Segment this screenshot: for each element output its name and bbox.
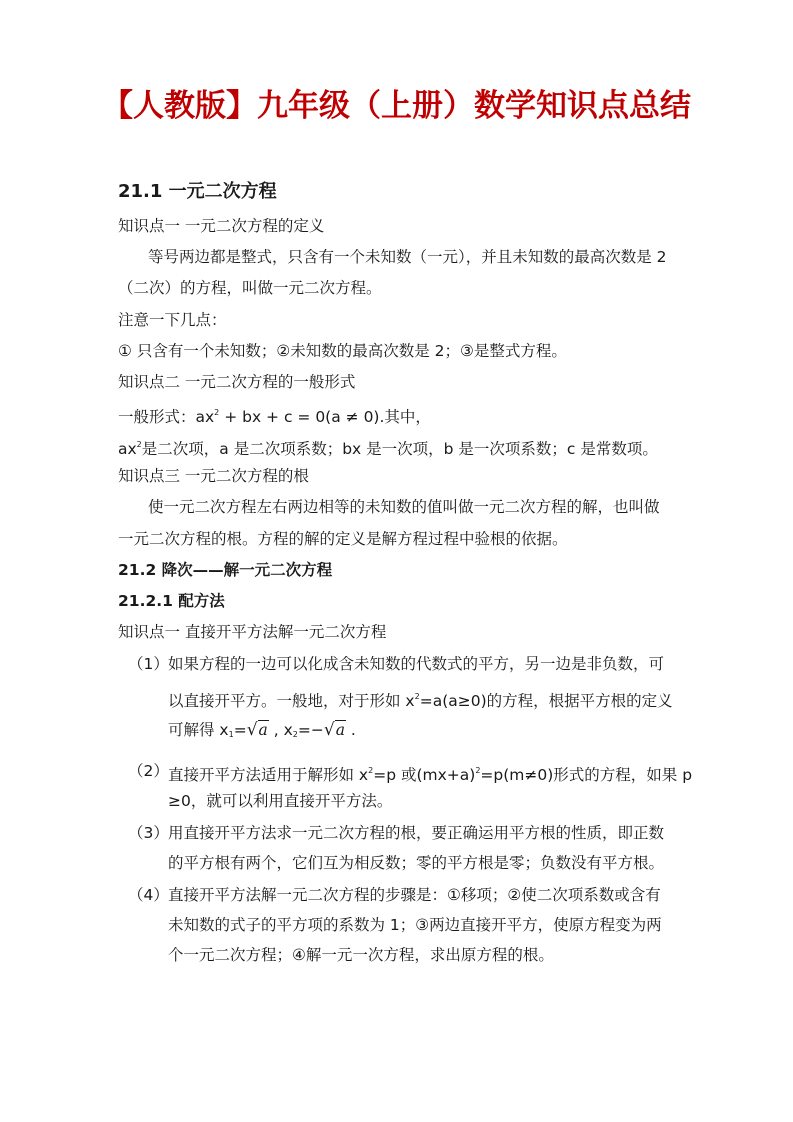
text: = [234,721,247,739]
item-number-1: （1） [128,653,169,675]
item-2-line-2: ≥0，就可以利用直接开平方法。 [168,790,392,812]
item-number-4: （4） [128,884,169,906]
radicand: a [335,720,346,739]
general-form-rest: + bx + c = 0(a ≠ 0).其中， [219,408,431,426]
root-definition-line-1: 使一元二次方程左右两边相等的未知数的值叫做一元二次方程的解，也叫做 [148,496,660,518]
item-4-line-3: 个一元二次方程；④解一元一次方程，求出原方程的根。 [168,944,554,966]
item-4-line-2: 未知数的式子的平方项的系数为 1；③两边直接开平方，使原方程变为两 [168,914,662,936]
text: . [346,721,356,739]
sqrt-a: √a [324,721,346,739]
direct-sqrt-title: 知识点一 直接开平方法解一元二次方程 [118,621,386,643]
text: =a(a≥0)的方程，根据平方根的定义 [420,692,673,710]
sqrt-icon: √ [324,720,335,740]
term-prefix: ax [118,440,137,458]
item-number-2: （2） [128,760,169,782]
item-1-line-1: 如果方程的一边可以化成含未知数的代数式的平方，另一边是非负数，可 [168,653,664,675]
text: 可解得 x [168,721,229,739]
text: 直接开平方法适用于解形如 x [168,766,368,784]
subsection-heading-21-2-1: 21.2.1 配方法 [118,590,225,612]
note-title: 注意一下几点： [118,309,227,331]
knowledge-point-3-title: 知识点三 一元二次方程的根 [118,465,309,487]
item-3-line-1: 用直接开平方法求一元二次方程的根，要正确运用平方根的性质，即正数 [168,822,664,844]
item-3-line-2: 的平方根有两个，它们互为相反数；零的平方根是零；负数没有平方根。 [168,852,664,874]
item-number-3: （3） [128,822,169,844]
document-title: 【人教版】九年级（上册）数学知识点总结 [0,84,793,128]
knowledge-point-1-title: 知识点一 一元二次方程的定义 [118,215,324,237]
item-4-line-1: 直接开平方法解一元二次方程的步骤是：①移项；②使二次项系数或含有 [168,884,661,906]
term-rest: 是二次项，a 是二次项系数；bx 是一次项，b 是一次项系数；c 是常数项。 [142,440,658,458]
root-definition-line-2: 一元二次方程的根。方程的解的定义是解方程过程中验根的依据。 [118,528,568,550]
text: , x [269,721,293,739]
knowledge-point-2-title: 知识点二 一元二次方程的一般形式 [118,371,355,393]
text: =− [298,721,324,739]
definition-line-1: 等号两边都是整式，只含有一个未知数（一元），并且未知数的最高次数是 2 [148,246,667,268]
general-form: 一般形式：ax2 + bx + c = 0(a ≠ 0).其中， [118,402,431,428]
item-2-line-1: 直接开平方法适用于解形如 x2=p 或(mx+a)2=p(m≠0)形式的方程，如… [168,760,692,786]
note-items: ① 只含有一个未知数；②未知数的最高次数是 2；③是整式方程。 [118,340,567,362]
term-definitions: ax2是二次项，a 是二次项系数；bx 是一次项，b 是一次项系数；c 是常数项… [118,434,658,460]
text: =p(m≠0)形式的方程，如果 p [480,766,692,784]
item-1-line-3: 可解得 x1=√a , x2=−√a . [168,719,356,746]
definition-line-2: （二次）的方程，叫做一元二次方程。 [118,277,382,299]
radicand: a [258,720,269,739]
general-form-prefix: 一般形式：ax [118,408,214,426]
text: 以直接开平方。一般地，对于形如 x [168,692,415,710]
sqrt-a: √a [247,721,269,739]
text: =p 或(mx+a) [373,766,475,784]
item-1-line-2: 以直接开平方。一般地，对于形如 x2=a(a≥0)的方程，根据平方根的定义 [168,686,673,712]
sqrt-icon: √ [247,720,258,740]
section-heading-21-2: 21.2 降次——解一元二次方程 [118,559,332,581]
section-heading-21-1: 21.1 一元二次方程 [118,181,277,203]
